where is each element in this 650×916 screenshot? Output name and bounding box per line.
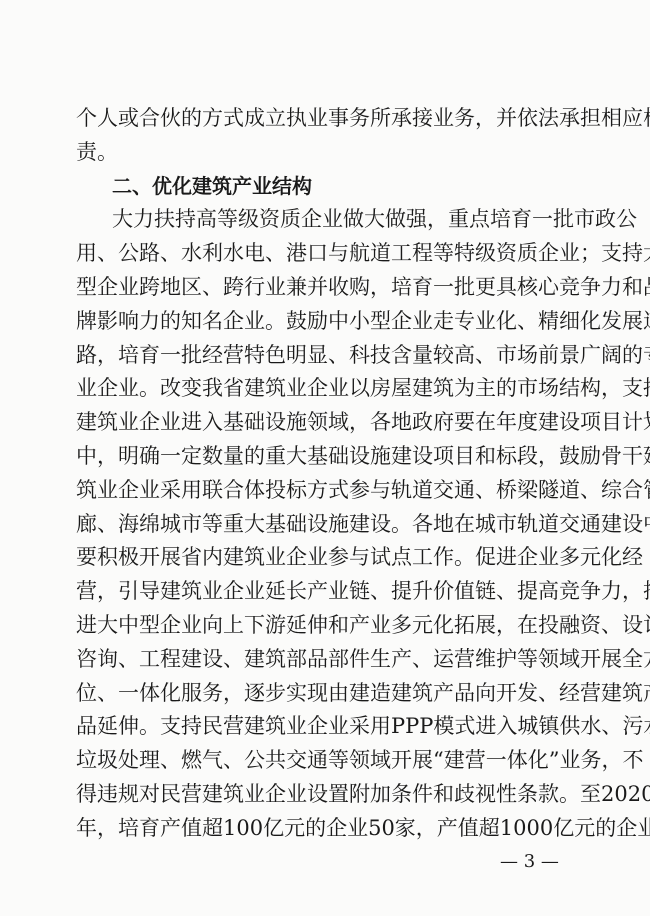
body-text-line: 业企业。改变我省建筑业企业以房屋建筑为主的市场结构，支持 <box>76 375 578 401</box>
body-text-line: 责。 <box>76 139 578 165</box>
body-text-line: 牌影响力的知名企业。鼓励中小型企业走专业化、精细化发展道 <box>76 308 578 334</box>
body-text-line: 型企业跨地区、跨行业兼并收购，培育一批更具核心竞争力和品 <box>76 274 578 300</box>
body-text-line: 建筑业企业进入基础设施领域，各地政府要在年度建设项目计划 <box>76 409 578 435</box>
body-text-line: 垃圾处理、燃气、公共交通等领域开展“建营一体化”业务，不 <box>76 747 578 773</box>
body-text-line: 营，引导建筑业企业延长产业链、提升价值链、提高竞争力，推 <box>76 578 578 604</box>
page-number: — 3 — <box>500 850 559 874</box>
body-text-line: 筑业企业采用联合体投标方式参与轨道交通、桥梁隧道、综合管 <box>76 477 578 503</box>
body-text-line: 廊、海绵城市等重大基础设施建设。各地在城市轨道交通建设中， <box>76 511 578 537</box>
section-heading: 二、优化建筑产业结构 <box>112 173 312 199</box>
body-text-line: 中，明确一定数量的重大基础设施建设项目和标段，鼓励骨干建 <box>76 443 578 469</box>
body-text-line: 咨询、工程建设、建筑部品部件生产、运营维护等领域开展全方 <box>76 646 578 672</box>
document-page: 个人或合伙的方式成立执业事务所承接业务，并依法承担相应权 责。 二、优化建筑产业… <box>0 0 650 916</box>
body-text-line: 位、一体化服务，逐步实现由建造建筑产品向开发、经营建筑产 <box>76 680 578 706</box>
body-text-line: 进大中型企业向上下游延伸和产业多元化拓展，在投融资、设计 <box>76 612 578 638</box>
body-text-line: 用、公路、水利水电、港口与航道工程等特级资质企业；支持大 <box>76 240 578 266</box>
body-text-line: 年，培育产值超100亿元的企业50家，产值超1000亿元的企业实 <box>76 815 578 841</box>
body-text-line: 路，培育一批经营特色明显、科技含量较高、市场前景广阔的专 <box>76 342 578 368</box>
body-text-line: 要积极开展省内建筑业企业参与试点工作。促进企业多元化经 <box>76 544 578 570</box>
body-text-line: 得违规对民营建筑业企业设置附加条件和歧视性条款。至2020 <box>76 781 578 807</box>
body-text-line: 个人或合伙的方式成立执业事务所承接业务，并依法承担相应权 <box>76 105 578 131</box>
body-text-line: 大力扶持高等级资质企业做大做强，重点培育一批市政公 <box>112 206 578 232</box>
body-text-line: 品延伸。支持民营建筑业企业采用PPP模式进入城镇供水、污水 <box>76 713 578 739</box>
